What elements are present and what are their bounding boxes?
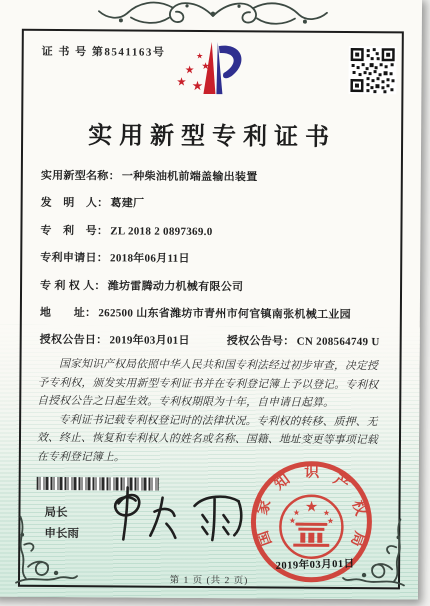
- field-patentee: 专 利 权 人：潍坊雷腾动力机械有限公司: [40, 276, 384, 306]
- field-label: 专 利 号：: [40, 225, 108, 237]
- certificate-title: 实用新型专利证书: [21, 115, 403, 153]
- seal-char: 识: [304, 463, 320, 481]
- field-list: 实用新型名称：一种柴油机前端盖输出装置 发 明 人：葛建厂 专 利 号：ZL 2…: [40, 167, 385, 361]
- legal-text: 国家知识产权局依照中华人民共和国专利法经过初步审查，决定授予专利权，颁发实用新型…: [37, 355, 388, 469]
- top-flourish-ornament: [91, 0, 335, 35]
- field-label: 专利申请日：: [40, 252, 108, 264]
- field-value: 262500 山东省潍坊市青州市何官镇南张机械工业园: [98, 307, 351, 321]
- field-value: 潍坊雷腾动力机械有限公司: [108, 280, 244, 293]
- field-label: 授权公告日：: [40, 334, 108, 346]
- field-inventor: 发 明 人：葛建厂: [41, 194, 385, 224]
- field-label: 专 利 权 人：: [40, 279, 106, 291]
- cnipa-logo-icon: [175, 40, 251, 103]
- certificate-page: 证 书 号 第8541163号: [0, 0, 422, 599]
- field-value: CN 208564749 U: [297, 336, 380, 349]
- field-patent-number: 专 利 号：ZL 2018 2 0897369.0: [40, 222, 384, 252]
- field-utility-model-name: 实用新型名称：一种柴油机前端盖输出装置: [41, 167, 385, 197]
- field-value: 葛建厂: [110, 198, 144, 210]
- field-filing-date: 专利申请日：2018年06月11日: [40, 249, 384, 279]
- seal-char: 产: [330, 470, 353, 493]
- field-label: 实用新型名称：: [41, 170, 120, 183]
- field-label: 地 址：: [40, 307, 97, 319]
- field-value: 2018年06月11日: [110, 253, 190, 266]
- national-emblem-icon: [280, 496, 342, 558]
- field-label: 发 明 人：: [41, 197, 109, 209]
- signer-title: 局长: [44, 503, 79, 525]
- field-value: 一种柴油机前端盖输出装置: [122, 170, 258, 183]
- certificate-photo: 证 书 号 第8541163号: [0, 0, 430, 606]
- signer-block: 局长 申长雨: [44, 503, 79, 546]
- field-address: 地 址：262500 山东省潍坊市青州市何官镇南张机械工业园: [40, 304, 384, 334]
- legal-paragraph-1: 国家知识产权局依照中华人民共和国专利法经过初步审查，决定授予专利权，颁发实用新型…: [37, 355, 387, 413]
- field-value: 2019年03月01日: [109, 335, 189, 348]
- field-value: ZL 2018 2 0897369.0: [110, 225, 212, 238]
- field-label: 授权公告号：: [227, 335, 295, 347]
- certificate-number: 证 书 号 第8541163号: [42, 43, 166, 60]
- signer-name: 申长雨: [44, 524, 79, 546]
- seal-char: 知: [270, 470, 293, 493]
- page-number: 第 1 页 (共 2 页): [18, 571, 400, 588]
- qr-code: [348, 46, 396, 94]
- signature-handwriting: [102, 481, 258, 554]
